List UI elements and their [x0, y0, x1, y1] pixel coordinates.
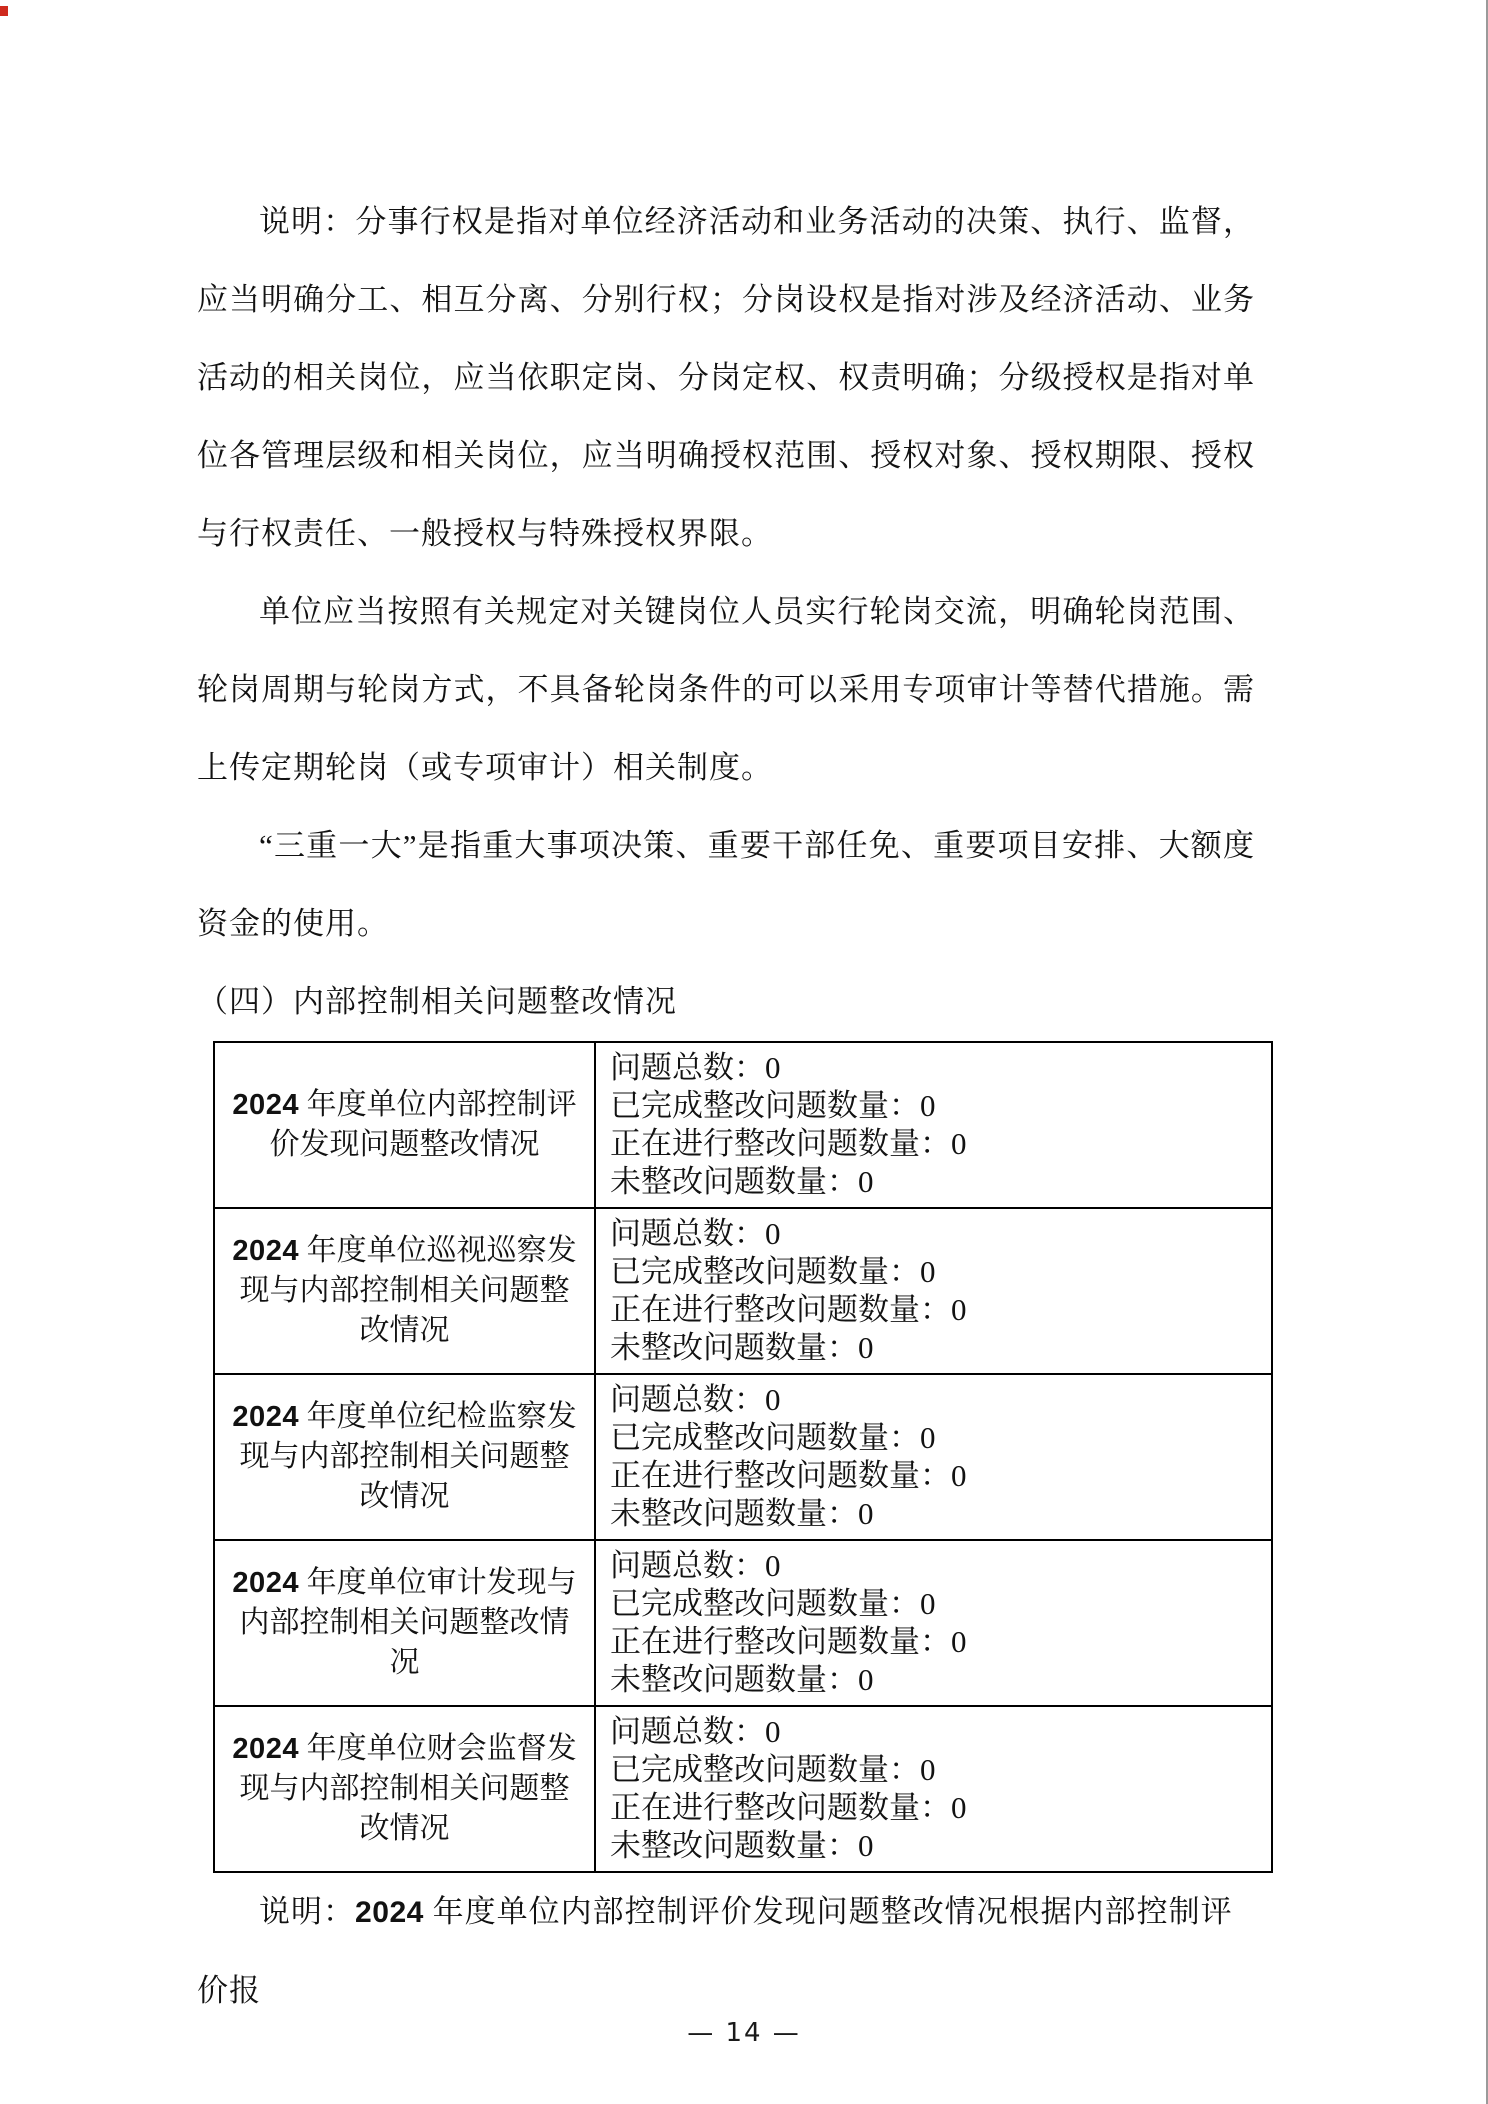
table-row: 2024 年度单位纪检监察发现与内部控制相关问题整改情况 问题总数：0 已完成整… — [214, 1374, 1272, 1540]
metric-completed: 已完成整改问题数量：0 — [610, 1585, 1261, 1623]
row-title-cell: 2024 年度单位纪检监察发现与内部控制相关问题整改情况 — [214, 1374, 595, 1540]
metric-in-progress: 正在进行整改问题数量：0 — [610, 1623, 1261, 1661]
table-row: 2024 年度单位审计发现与内部控制相关问题整改情况 问题总数：0 已完成整改问… — [214, 1540, 1272, 1706]
section-heading: （四）内部控制相关问题整改情况 — [197, 963, 1255, 1041]
metric-in-progress: 正在进行整改问题数量：0 — [610, 1457, 1261, 1495]
metric-total: 问题总数：0 — [610, 1713, 1261, 1751]
metric-completed: 已完成整改问题数量：0 — [610, 1751, 1261, 1789]
page-number: — 14 — — [0, 2018, 1488, 2048]
paragraph-three-majors: “三重一大”是指重大事项决策、重要干部任免、重要项目安排、大额度资金的使用。 — [197, 807, 1255, 963]
row-metrics-cell: 问题总数：0 已完成整改问题数量：0 正在进行整改问题数量：0 未整改问题数量：… — [595, 1042, 1272, 1208]
table-row: 2024 年度单位巡视巡察发现与内部控制相关问题整改情况 问题总数：0 已完成整… — [214, 1208, 1272, 1374]
row-title-cell: 2024 年度单位审计发现与内部控制相关问题整改情况 — [214, 1540, 595, 1706]
year-label: 2024 — [232, 1567, 299, 1599]
row-title-cell: 2024 年度单位巡视巡察发现与内部控制相关问题整改情况 — [214, 1208, 595, 1374]
metric-not-rectified: 未整改问题数量：0 — [610, 1329, 1261, 1367]
metric-not-rectified: 未整改问题数量：0 — [610, 1163, 1261, 1201]
table-row: 2024 年度单位内部控制评价发现问题整改情况 问题总数：0 已完成整改问题数量… — [214, 1042, 1272, 1208]
rectification-table: 2024 年度单位内部控制评价发现问题整改情况 问题总数：0 已完成整改问题数量… — [213, 1041, 1273, 1873]
paragraph-authority-definitions: 说明：分事行权是指对单位经济活动和业务活动的决策、执行、监督，应当明确分工、相互… — [197, 183, 1255, 573]
metric-total: 问题总数：0 — [610, 1381, 1261, 1419]
document-page: 说明：分事行权是指对单位经济活动和业务活动的决策、执行、监督，应当明确分工、相互… — [0, 0, 1488, 2104]
row-title-text: 年度单位内部控制评价发现问题整改情况 — [270, 1088, 577, 1161]
row-title-cell: 2024 年度单位内部控制评价发现问题整改情况 — [214, 1042, 595, 1208]
footnote-prefix: 说明： — [259, 1894, 355, 1929]
footnote: 说明：2024 年度单位内部控制评价发现问题整改情况根据内部控制评价报 — [197, 1873, 1255, 2030]
row-metrics-cell: 问题总数：0 已完成整改问题数量：0 正在进行整改问题数量：0 未整改问题数量：… — [595, 1540, 1272, 1706]
metric-completed: 已完成整改问题数量：0 — [610, 1087, 1261, 1125]
row-title-cell: 2024 年度单位财会监督发现与内部控制相关问题整改情况 — [214, 1706, 595, 1872]
screen-artifact-dot — [0, 6, 8, 16]
row-metrics-cell: 问题总数：0 已完成整改问题数量：0 正在进行整改问题数量：0 未整改问题数量：… — [595, 1706, 1272, 1872]
year-label: 2024 — [232, 1089, 299, 1121]
metric-completed: 已完成整改问题数量：0 — [610, 1253, 1261, 1291]
metric-in-progress: 正在进行整改问题数量：0 — [610, 1125, 1261, 1163]
paragraph-job-rotation: 单位应当按照有关规定对关键岗位人员实行轮岗交流，明确轮岗范围、轮岗周期与轮岗方式… — [197, 573, 1255, 807]
table-row: 2024 年度单位财会监督发现与内部控制相关问题整改情况 问题总数：0 已完成整… — [214, 1706, 1272, 1872]
footnote-year: 2024 — [355, 1896, 424, 1929]
metric-total: 问题总数：0 — [610, 1215, 1261, 1253]
metric-completed: 已完成整改问题数量：0 — [610, 1419, 1261, 1457]
year-label: 2024 — [232, 1401, 299, 1433]
metric-not-rectified: 未整改问题数量：0 — [610, 1827, 1261, 1865]
year-label: 2024 — [232, 1235, 299, 1267]
metric-total: 问题总数：0 — [610, 1049, 1261, 1087]
row-metrics-cell: 问题总数：0 已完成整改问题数量：0 正在进行整改问题数量：0 未整改问题数量：… — [595, 1374, 1272, 1540]
metric-in-progress: 正在进行整改问题数量：0 — [610, 1291, 1261, 1329]
metric-not-rectified: 未整改问题数量：0 — [610, 1495, 1261, 1533]
row-metrics-cell: 问题总数：0 已完成整改问题数量：0 正在进行整改问题数量：0 未整改问题数量：… — [595, 1208, 1272, 1374]
metric-not-rectified: 未整改问题数量：0 — [610, 1661, 1261, 1699]
page-content: 说明：分事行权是指对单位经济活动和业务活动的决策、执行、监督，应当明确分工、相互… — [197, 183, 1255, 2030]
year-label: 2024 — [232, 1733, 299, 1765]
metric-total: 问题总数：0 — [610, 1547, 1261, 1585]
metric-in-progress: 正在进行整改问题数量：0 — [610, 1789, 1261, 1827]
